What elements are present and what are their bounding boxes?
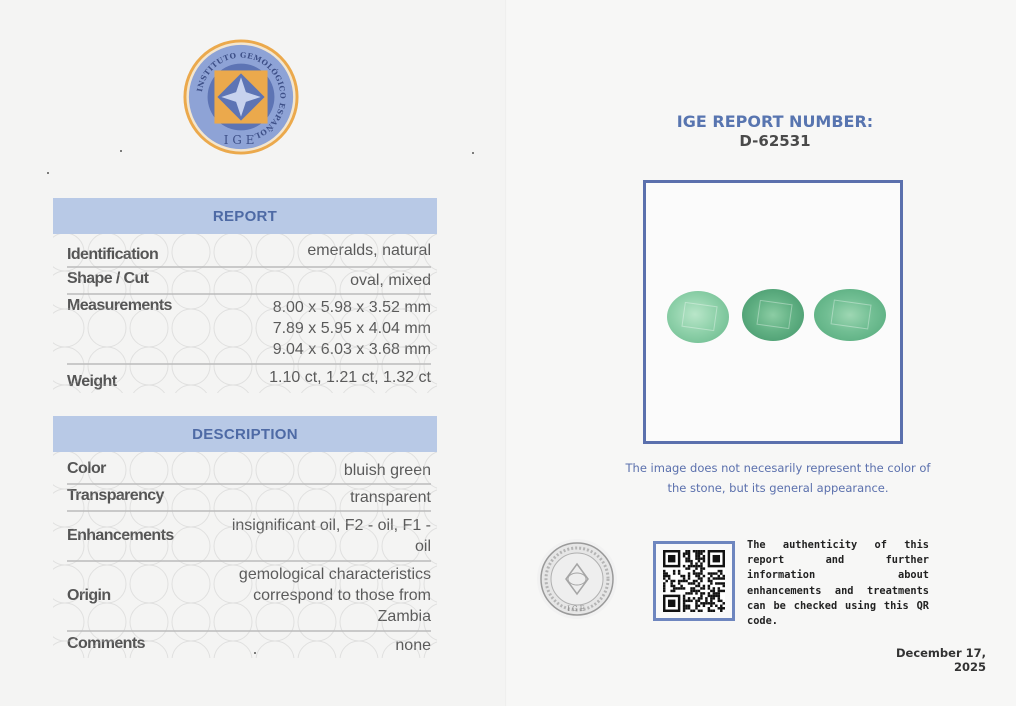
row-label: Weight	[67, 373, 116, 391]
row-label: Enhancements	[67, 527, 174, 545]
emerald-stone-2	[742, 289, 804, 341]
qr-code[interactable]	[653, 541, 735, 621]
emerald-stone-1	[667, 291, 729, 343]
page-fold	[505, 0, 507, 706]
value-line: oil	[232, 536, 431, 557]
value-line: 1.10 ct, 1.21 ct, 1.32 ct	[269, 367, 431, 388]
report-section: REPORT Identificationemeralds, naturalSh…	[53, 198, 437, 393]
row-value: insignificant oil, F2 - oil, F1 -oil	[232, 515, 431, 557]
value-line: emeralds, natural	[307, 240, 431, 261]
row-label: Shape / Cut	[67, 270, 148, 288]
row-value: bluish green	[344, 460, 431, 481]
value-line: gemological characteristics	[239, 564, 431, 585]
table-row: Measurements8.00 x 5.98 x 3.52 mm7.89 x …	[67, 295, 431, 365]
qr-authenticity-note: The authenticity of this report and furt…	[747, 538, 929, 629]
value-line: Zambia	[239, 606, 431, 627]
row-value: oval, mixed	[350, 270, 431, 291]
description-heading: DESCRIPTION	[53, 416, 437, 452]
value-line: 7.89 x 5.95 x 4.04 mm	[273, 318, 431, 339]
value-line: 9.04 x 6.03 x 3.68 mm	[273, 339, 431, 360]
row-value: 8.00 x 5.98 x 3.52 mm7.89 x 5.95 x 4.04 …	[273, 297, 431, 360]
row-value: transparent	[350, 487, 431, 508]
value-line: insignificant oil, F2 - oil, F1 -	[232, 515, 431, 536]
disclaimer-line-1: The image does not necesarily represent …	[612, 458, 944, 478]
value-line: bluish green	[344, 460, 431, 481]
paper-speck	[254, 652, 256, 654]
row-value: 1.10 ct, 1.21 ct, 1.32 ct	[269, 367, 431, 388]
value-line: correspond to those from	[239, 585, 431, 606]
report-table: Identificationemeralds, naturalShape / C…	[53, 234, 437, 393]
table-row: Colorbluish green	[67, 452, 431, 485]
table-row: Transparencytransparent	[67, 485, 431, 512]
value-line: 8.00 x 5.98 x 3.52 mm	[273, 297, 431, 318]
svg-text:IGE: IGE	[224, 133, 259, 147]
embossed-seal: IGE	[536, 538, 618, 620]
row-label: Transparency	[67, 487, 164, 505]
emerald-stone-3	[814, 289, 886, 341]
description-table: Colorbluish greenTransparencytransparent…	[53, 452, 437, 658]
table-row: Shape / Cutoval, mixed	[67, 268, 431, 295]
disclaimer-line-2: the stone, but its general appearance.	[612, 478, 944, 498]
table-row: Commentsnone	[67, 632, 431, 658]
qr-code-icon	[663, 550, 725, 612]
paper-speck	[47, 172, 49, 174]
report-number-title: IGE REPORT NUMBER:	[640, 112, 910, 131]
row-label: Comments	[67, 635, 145, 653]
value-line: transparent	[350, 487, 431, 508]
table-row: Enhancementsinsignificant oil, F2 - oil,…	[67, 512, 431, 562]
row-label: Measurements	[67, 297, 172, 315]
row-label: Color	[67, 460, 106, 478]
row-label: Origin	[67, 587, 111, 605]
report-number: D-62531	[640, 132, 910, 150]
table-row: Weight1.10 ct, 1.21 ct, 1.32 ct	[67, 365, 431, 393]
report-heading: REPORT	[53, 198, 437, 234]
ige-logo: INSTITUTO GEMOLÓGICO ESPAÑOL IGE	[182, 38, 300, 156]
table-row: Identificationemeralds, natural	[67, 234, 431, 268]
paper-speck	[472, 152, 474, 154]
value-line: none	[395, 635, 431, 656]
svg-text:IGE: IGE	[567, 605, 586, 613]
paper-speck	[120, 150, 122, 152]
row-value: gemological characteristicscorrespond to…	[239, 564, 431, 627]
row-value: emeralds, natural	[307, 240, 431, 261]
row-label: Identification	[67, 246, 158, 264]
row-value: none	[395, 635, 431, 656]
stone-photo-frame	[643, 180, 903, 444]
table-row: Origingemological characteristicscorresp…	[67, 562, 431, 632]
description-section: DESCRIPTION Colorbluish greenTransparenc…	[53, 416, 437, 658]
value-line: oval, mixed	[350, 270, 431, 291]
report-date: December 17, 2025	[862, 646, 986, 674]
photo-disclaimer: The image does not necesarily represent …	[612, 458, 944, 498]
